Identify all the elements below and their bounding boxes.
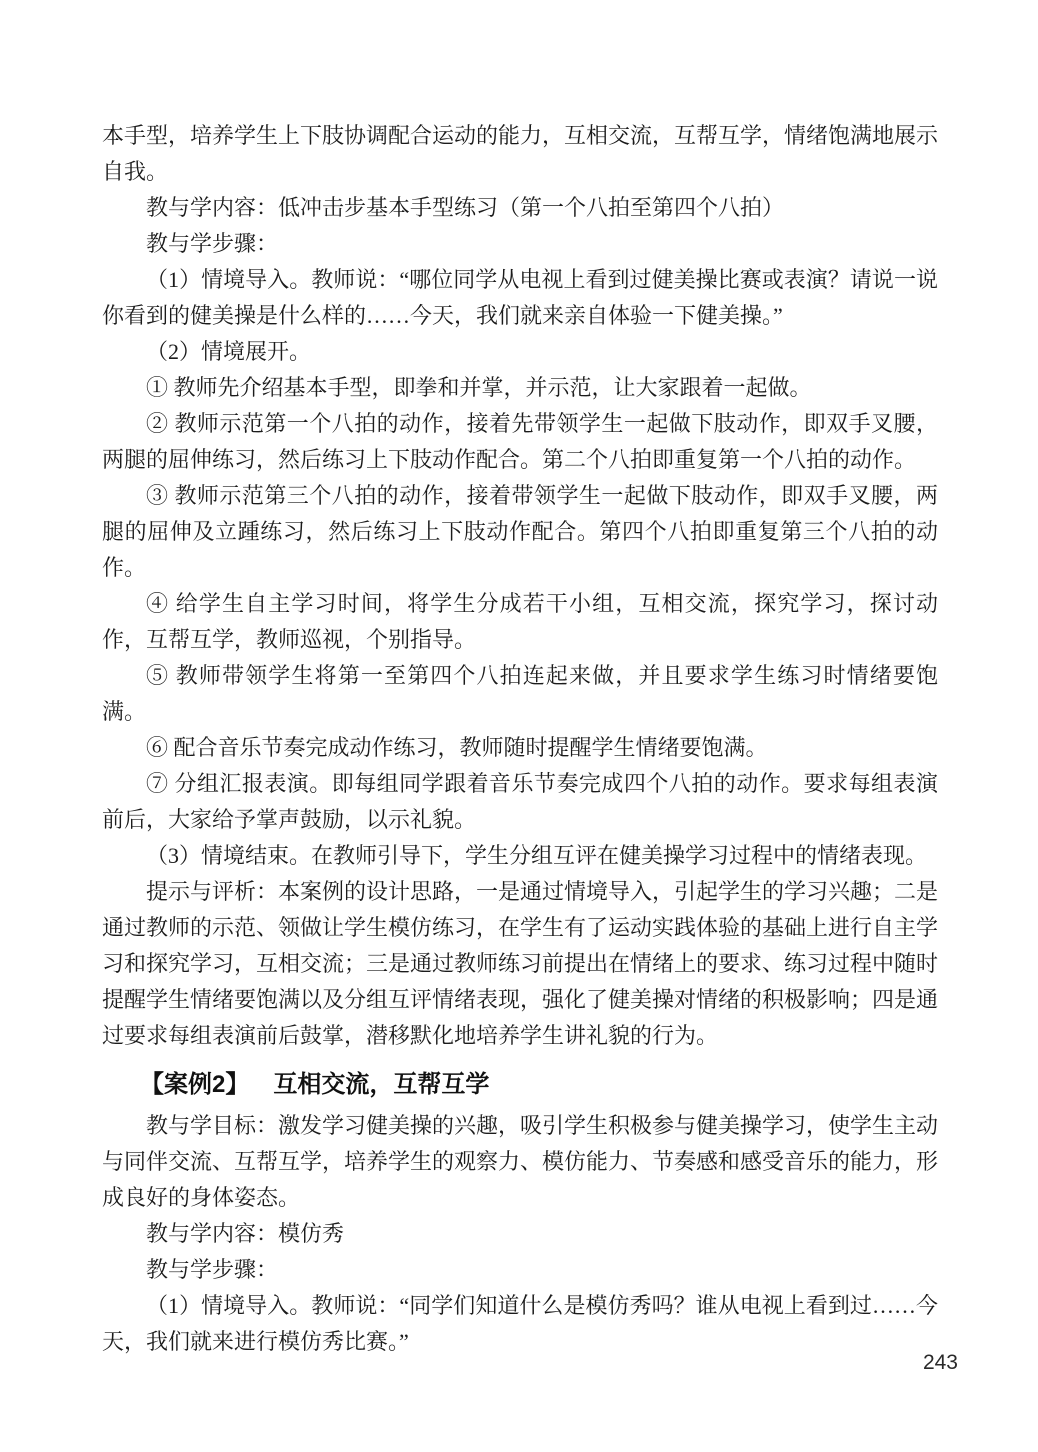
document-page: 本手型，培养学生上下肢协调配合运动的能力，互相交流，互帮互学，情绪饱满地展示自我… (0, 0, 1038, 1452)
body-paragraph: 教与学步骤： (102, 1252, 938, 1288)
body-paragraph: （1）情境导入。教师说：“哪位同学从电视上看到过健美操比赛或表演？请说一说你看到… (102, 262, 938, 334)
body-paragraph: 教与学内容：低冲击步基本手型练习（第一个八拍至第四个八拍） (102, 190, 938, 226)
body-paragraph: 教与学步骤： (102, 226, 938, 262)
body-paragraph: ⑤ 教师带领学生将第一至第四个八拍连起来做，并且要求学生练习时情绪要饱满。 (102, 658, 938, 730)
body-paragraph: ② 教师示范第一个八拍的动作，接着先带领学生一起做下肢动作，即双手叉腰，两腿的屈… (102, 406, 938, 478)
body-paragraph: ③ 教师示范第三个八拍的动作，接着带领学生一起做下肢动作，即双手叉腰，两腿的屈伸… (102, 478, 938, 586)
body-paragraph: 提示与评析：本案例的设计思路，一是通过情境导入，引起学生的学习兴趣；二是通过教师… (102, 874, 938, 1054)
body-paragraph: （2）情境展开。 (102, 334, 938, 370)
body-paragraph: 教与学目标：激发学习健美操的兴趣，吸引学生积极参与健美操学习，使学生主动与同伴交… (102, 1108, 938, 1216)
body-paragraph: 教与学内容：模仿秀 (102, 1216, 938, 1252)
case-title: 互相交流，互帮互学 (273, 1071, 489, 1098)
body-paragraph: （3）情境结束。在教师引导下，学生分组互评在健美操学习过程中的情绪表现。 (102, 838, 938, 874)
case-heading: 【案例2】互相交流，互帮互学 (102, 1068, 938, 1102)
body-paragraph: ① 教师先介绍基本手型，即拳和并掌，并示范，让大家跟着一起做。 (102, 370, 938, 406)
case-label: 【案例2】 (140, 1071, 249, 1098)
body-paragraph: ⑦ 分组汇报表演。即每组同学跟着音乐节奏完成四个八拍的动作。要求每组表演前后，大… (102, 766, 938, 838)
body-paragraph: （1）情境导入。教师说：“同学们知道什么是模仿秀吗？谁从电视上看到过……今天，我… (102, 1288, 938, 1360)
body-paragraph: ④ 给学生自主学习时间，将学生分成若干小组，互相交流，探究学习，探讨动作，互帮互… (102, 586, 938, 658)
page-content: 本手型，培养学生上下肢协调配合运动的能力，互相交流，互帮互学，情绪饱满地展示自我… (102, 118, 938, 1360)
body-paragraph: ⑥ 配合音乐节奏完成动作练习，教师随时提醒学生情绪要饱满。 (102, 730, 938, 766)
page-number: 243 (923, 1350, 958, 1376)
body-paragraph: 本手型，培养学生上下肢协调配合运动的能力，互相交流，互帮互学，情绪饱满地展示自我… (102, 118, 938, 190)
